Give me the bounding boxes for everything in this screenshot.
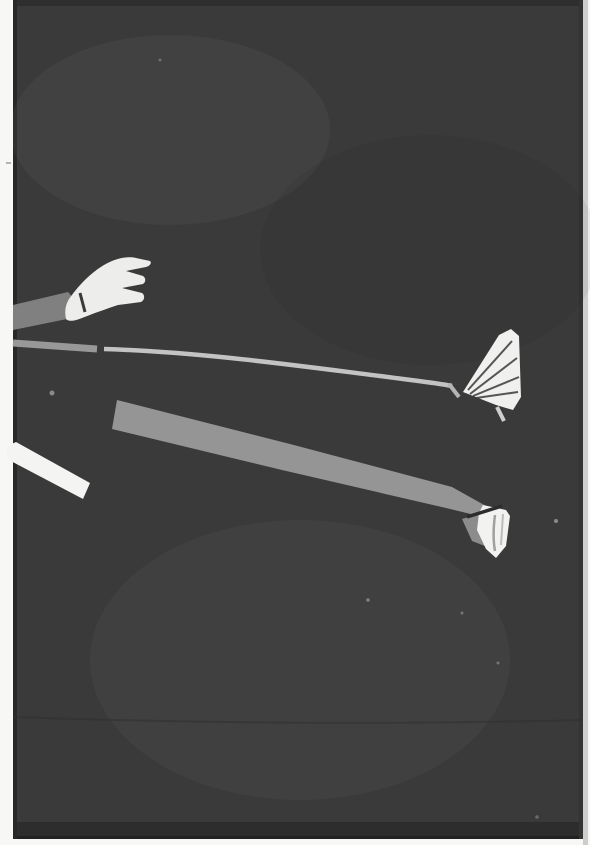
- lower-shoe-line: [494, 515, 496, 551]
- artwork-figure: [0, 0, 590, 845]
- dust-speck: [535, 815, 539, 819]
- plate-top-edge: [13, 0, 583, 6]
- right-margin-shadow: [583, 0, 588, 845]
- dust-speck: [461, 612, 464, 615]
- dust-speck: [159, 59, 162, 62]
- margin-dash: [6, 162, 11, 164]
- dust-speck: [554, 519, 558, 523]
- plate-bottom-line: [13, 836, 583, 839]
- plate-mottle-light-2: [90, 520, 510, 800]
- plate-mottle-dark-1: [260, 135, 590, 365]
- dust-speck: [366, 598, 370, 602]
- dust-speck: [497, 662, 500, 665]
- scanned-page: [0, 0, 590, 845]
- plate-right-edge: [579, 0, 583, 839]
- dust-speck: [50, 391, 55, 396]
